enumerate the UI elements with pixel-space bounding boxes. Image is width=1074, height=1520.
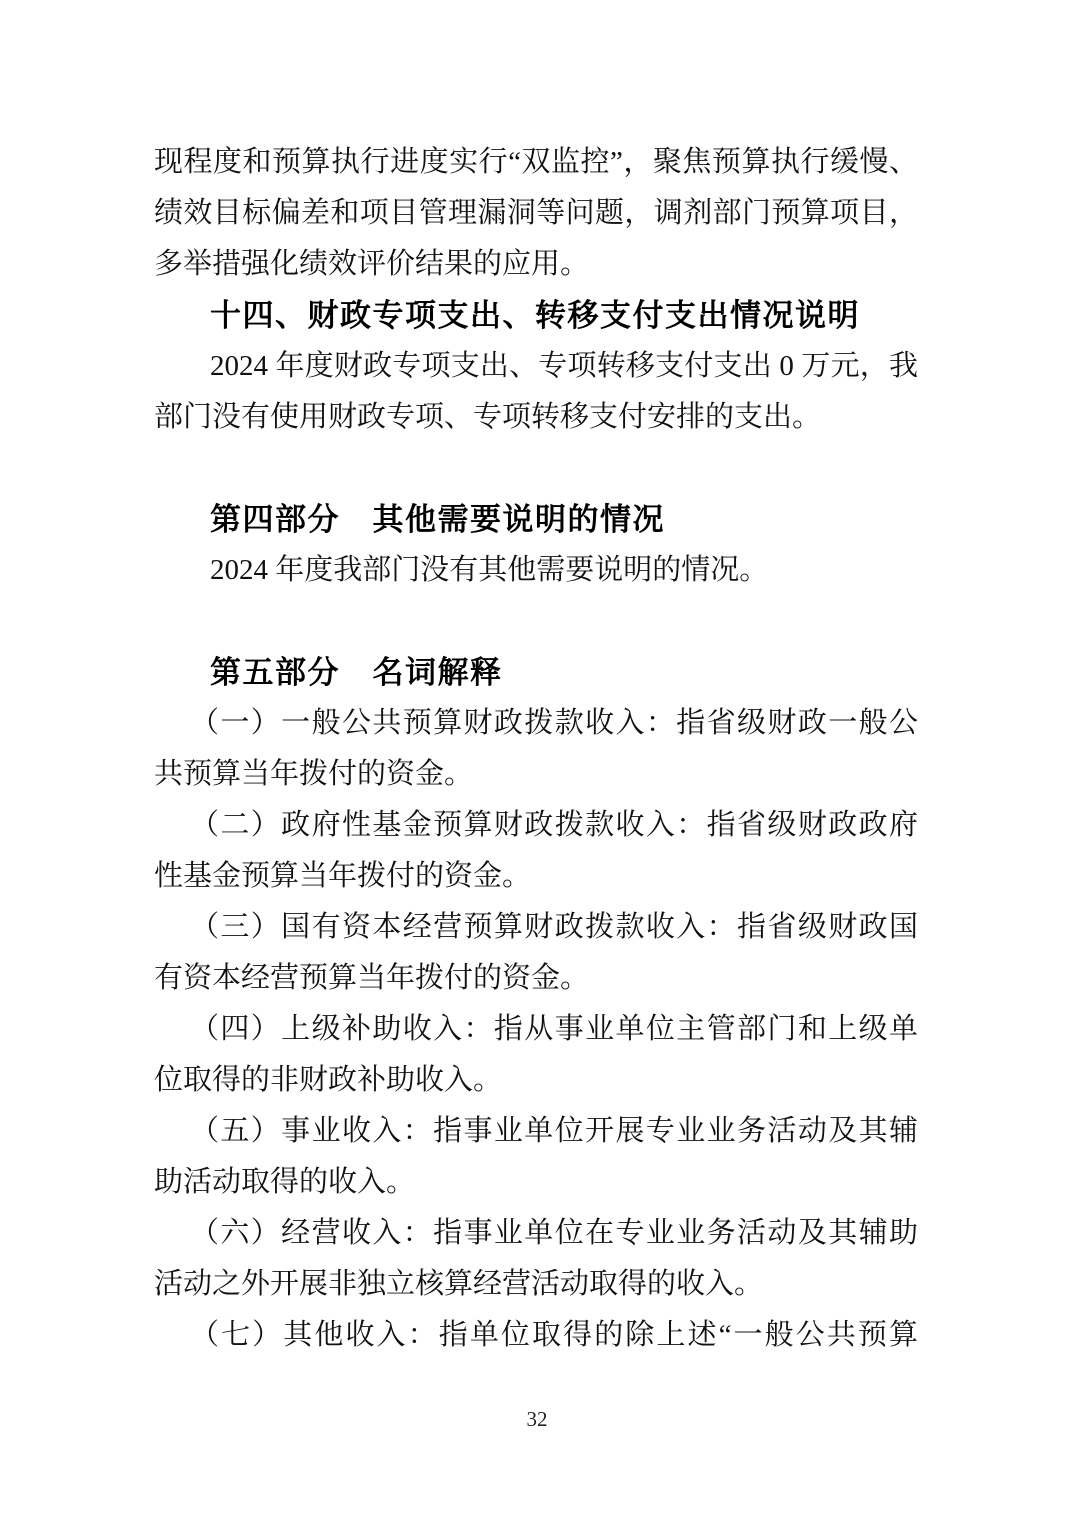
document-text-block: 现程度和预算执行进度实行“双监控”，聚焦预算执行缓慢、 绩效目标偏差和项目管理漏… [154,137,918,1361]
body-line: 部门没有使用财政专项、专项转移支付安排的支出。 [154,392,918,443]
term-line-4: （四）上级补助收入：指从事业单位主管部门和上级单 [154,1004,918,1055]
body-line: 2024 年度我部门没有其他需要说明的情况。 [154,545,918,596]
body-line: 绩效目标偏差和项目管理漏洞等问题，调剂部门预算项目， [154,188,918,239]
term-line-2: （二）政府性基金预算财政拨款收入：指省级财政政府 [154,800,918,851]
term-line-7: （七）其他收入：指单位取得的除上述“一般公共预算 [154,1310,918,1361]
blank-line [154,443,918,494]
part4-heading: 第四部分 其他需要说明的情况 [154,494,918,545]
section-heading-14: 十四、财政专项支出、转移支付支出情况说明 [154,290,918,341]
part5-heading: 第五部分 名词解释 [154,647,918,698]
body-line: 有资本经营预算当年拨付的资金。 [154,953,918,1004]
document-page: 现程度和预算执行进度实行“双监控”，聚焦预算执行缓慢、 绩效目标偏差和项目管理漏… [0,0,1074,1520]
term-line-3: （三）国有资本经营预算财政拨款收入：指省级财政国 [154,902,918,953]
page-number: 32 [0,1404,1074,1434]
term-line-1: （一）一般公共预算财政拨款收入：指省级财政一般公 [154,698,918,749]
body-line: 助活动取得的收入。 [154,1157,918,1208]
body-line: 活动之外开展非独立核算经营活动取得的收入。 [154,1259,918,1310]
body-line: 多举措强化绩效评价结果的应用。 [154,239,918,290]
term-line-6: （六）经营收入：指事业单位在专业业务活动及其辅助 [154,1208,918,1259]
body-line: 位取得的非财政补助收入。 [154,1055,918,1106]
body-line: 性基金预算当年拨付的资金。 [154,851,918,902]
body-line: 2024 年度财政专项支出、专项转移支付支出 0 万元，我 [154,341,918,392]
blank-line [154,596,918,647]
body-line: 现程度和预算执行进度实行“双监控”，聚焦预算执行缓慢、 [154,137,918,188]
term-line-5: （五）事业收入：指事业单位开展专业业务活动及其辅 [154,1106,918,1157]
body-line: 共预算当年拨付的资金。 [154,749,918,800]
